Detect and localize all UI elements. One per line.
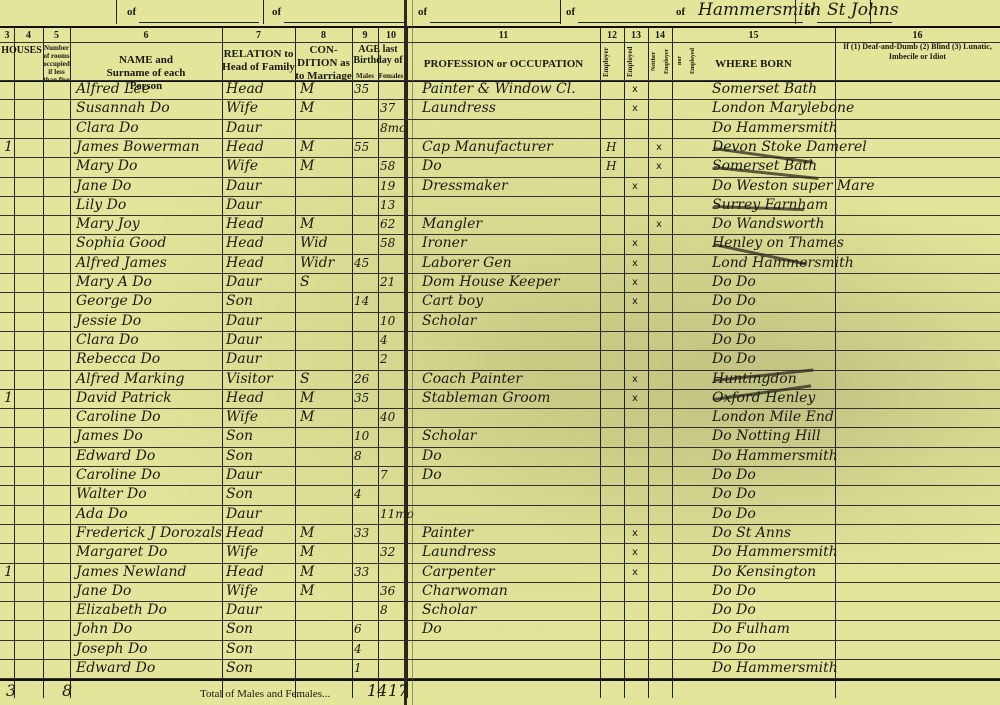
person-name: Mary A Do: [76, 273, 152, 291]
employed-mark: x: [632, 547, 638, 558]
table-row: John DoSon6DoDo Fulham: [0, 620, 1000, 639]
occupation: Do: [422, 447, 442, 465]
person-name: Ada Do: [76, 505, 128, 523]
top-divider: [560, 0, 561, 24]
column-number: 16: [835, 30, 1000, 41]
person-name: John Do: [76, 620, 132, 638]
relation: Son: [226, 640, 253, 658]
employed-mark: x: [632, 393, 638, 404]
relation: Son: [226, 620, 253, 638]
occupation: Mangler: [422, 215, 482, 233]
relation: Head: [226, 524, 264, 542]
table-row: Rebecca DoDaur2Do Do: [0, 350, 1000, 369]
females-total: 17: [388, 682, 408, 700]
relation: Son: [226, 447, 253, 465]
table-row: Caroline DoDaur7DoDo Do: [0, 466, 1000, 485]
condition: S: [300, 273, 310, 291]
of-label: of: [418, 6, 427, 18]
relation: Head: [226, 80, 264, 98]
relation: Visitor: [226, 370, 273, 388]
person-name: Susannah Do: [76, 99, 170, 117]
age-header: AGE last Birthday of: [352, 44, 404, 66]
houses-header: HOUSES: [0, 44, 43, 57]
occupation: Ironer: [422, 234, 467, 252]
birthplace: Do Do: [712, 350, 756, 368]
male-age: 26: [354, 370, 369, 388]
relation: Wife: [226, 408, 258, 426]
birthplace: Do Do: [712, 640, 756, 658]
birthplace: Do Wandsworth: [712, 215, 825, 233]
column-number: 4: [14, 30, 43, 41]
birthplace: Do Do: [712, 466, 756, 484]
person-name: Edward Do: [76, 447, 155, 465]
of-value: St Johns: [827, 0, 899, 20]
column-number: 12: [600, 30, 624, 41]
top-divider: [116, 0, 117, 24]
person-name: James Newland: [76, 563, 186, 581]
female-age: 21: [380, 273, 395, 291]
employed-mark: x: [632, 103, 638, 114]
males-header: Males: [352, 72, 378, 80]
male-age: 35: [354, 389, 369, 407]
neither-mark: x: [656, 161, 662, 172]
female-age: 58: [380, 234, 395, 252]
table-row: Alfred MarkingVisitorS26Coach PainterxHu…: [0, 370, 1000, 389]
table-row: Elizabeth DoDaur8ScholarDo Do: [0, 601, 1000, 620]
total-label: Total of Males and Females...: [200, 688, 330, 700]
person-name: Lily Do: [76, 196, 126, 214]
relation: Daur: [226, 601, 261, 619]
male-age: 35: [354, 80, 369, 98]
header-top-rule: [0, 26, 1000, 28]
neither-mark: x: [656, 142, 662, 153]
occupation: Laundress: [422, 99, 496, 117]
neither-header: Neither Employer nor Employed: [648, 44, 672, 78]
male-age: 6: [354, 620, 362, 638]
table-row: Ada DoDaur11moDo Do: [0, 505, 1000, 524]
condition: M: [300, 99, 314, 117]
relation: Wife: [226, 157, 258, 175]
birthplace: Somerset Bath: [712, 80, 817, 98]
birthplace: Do Do: [712, 582, 756, 600]
person-name: Alfred James: [76, 254, 167, 272]
rooms-header: Number of rooms occupied if less than fi…: [43, 44, 70, 84]
inhabited-mark: 1: [4, 563, 13, 581]
male-age: 33: [354, 524, 369, 542]
employed-mark: x: [632, 374, 638, 385]
of-line: [430, 22, 560, 23]
birthplace: Do Weston super Mare: [712, 177, 875, 195]
female-age: 32: [380, 543, 395, 561]
table-row: 1James NewlandHeadM33CarpenterxDo Kensin…: [0, 563, 1000, 582]
employed-mark: x: [632, 84, 638, 95]
table-row: Frederick J DorozalsHeadM33PainterxDo St…: [0, 524, 1000, 543]
relation: Daur: [226, 350, 261, 368]
person-name: Clara Do: [76, 331, 139, 349]
of-label: of: [127, 6, 136, 18]
birthplace: Huntingdon: [712, 370, 797, 388]
person-name: Alfred Marking: [76, 370, 184, 388]
person-name: Elizabeth Do: [76, 601, 167, 619]
birthplace: Oxford Henley: [712, 389, 815, 407]
table-row: Margaret DoWifeM32LaundressxDo Hammersmi…: [0, 543, 1000, 562]
table-row: James DoSon10ScholarDo Notting Hill: [0, 427, 1000, 446]
condition: Widr: [300, 254, 334, 272]
census-page: ofofofofofHammersmithofSt Johns 34567891…: [0, 0, 1000, 705]
employer-mark: H: [606, 138, 616, 156]
top-divider: [870, 0, 871, 24]
occupation: Painter: [422, 524, 473, 542]
condition: M: [300, 563, 314, 581]
relation-header: RELATION to Head of Family: [222, 48, 295, 74]
of-line: [284, 22, 404, 23]
of-label: of: [566, 6, 575, 18]
relation: Head: [226, 389, 264, 407]
of-label: of: [805, 6, 814, 18]
of-line: [688, 22, 803, 23]
occupation: Carpenter: [422, 563, 495, 581]
occupation: Cap Manufacturer: [422, 138, 553, 156]
column-number: 11: [407, 30, 600, 41]
column-number: 9: [352, 30, 378, 41]
birthplace: Henley on Thames: [712, 234, 844, 252]
occupation-header: PROFESSION or OCCUPATION: [407, 58, 600, 71]
table-row: Edward DoSon1Do Hammersmith: [0, 659, 1000, 678]
occupation: Scholar: [422, 312, 476, 330]
employed-mark: x: [632, 258, 638, 269]
employed-header: Employed: [624, 46, 648, 78]
of-value: Hammersmith: [698, 0, 821, 20]
relation: Head: [226, 234, 264, 252]
column-number: 7: [222, 30, 295, 41]
birthplace: Do Do: [712, 505, 756, 523]
relation: Wife: [226, 99, 258, 117]
of-line: [139, 22, 259, 23]
occupation: Laundress: [422, 543, 496, 561]
condition: Wid: [300, 234, 328, 252]
female-age: 36: [380, 582, 395, 600]
column-number: 13: [624, 30, 648, 41]
table-row: Walter DoSon4Do Do: [0, 485, 1000, 504]
employer-header: Employer: [600, 46, 624, 78]
relation: Daur: [226, 177, 261, 195]
table-row: 1David PatrickHeadM35Stableman GroomxOxf…: [0, 389, 1000, 408]
birthplace: Do Hammersmith: [712, 119, 838, 137]
person-name: Caroline Do: [76, 466, 161, 484]
occupation: Scholar: [422, 601, 476, 619]
of-label: of: [272, 6, 281, 18]
rooms-total: 8: [62, 682, 72, 700]
condition: M: [300, 582, 314, 600]
top-divider: [795, 0, 796, 24]
males-total: 14: [367, 682, 387, 700]
condition: M: [300, 138, 314, 156]
person-name: James Do: [76, 427, 143, 445]
male-age: 4: [354, 485, 362, 503]
occupation: Cart boy: [422, 292, 483, 310]
person-name: George Do: [76, 292, 152, 310]
birthplace: Do Hammersmith: [712, 659, 838, 677]
occupation: Coach Painter: [422, 370, 522, 388]
condition: M: [300, 389, 314, 407]
employed-mark: x: [632, 296, 638, 307]
column-number: 10: [378, 30, 404, 41]
relation: Daur: [226, 466, 261, 484]
table-row: Jessie DoDaur10ScholarDo Do: [0, 312, 1000, 331]
female-age: 8mo: [380, 119, 406, 137]
relation: Wife: [226, 543, 258, 561]
table-row: Jane DoWifeM36CharwomanDo Do: [0, 582, 1000, 601]
male-age: 8: [354, 447, 362, 465]
occupation: Do: [422, 620, 442, 638]
person-name: Joseph Do: [76, 640, 148, 658]
employed-mark: x: [632, 181, 638, 192]
female-age: 13: [380, 196, 395, 214]
column-number: 8: [295, 30, 352, 41]
table-row: Clara DoDaur4Do Do: [0, 331, 1000, 350]
person-name: Jessie Do: [76, 312, 141, 330]
occupation: Dressmaker: [422, 177, 508, 195]
female-age: 10: [380, 312, 395, 330]
relation: Head: [226, 138, 264, 156]
employer-mark: H: [606, 157, 616, 175]
occupation: Charwoman: [422, 582, 508, 600]
condition: M: [300, 157, 314, 175]
column-number: 14: [648, 30, 672, 41]
employed-mark: x: [632, 528, 638, 539]
birthplace: Do Hammersmith: [712, 447, 838, 465]
condition: M: [300, 215, 314, 233]
relation: Daur: [226, 273, 261, 291]
table-row: Jane DoDaur19DressmakerxDo Weston super …: [0, 177, 1000, 196]
female-age: 2: [380, 350, 388, 368]
birthplace: Do Do: [712, 485, 756, 503]
person-name: Jane Do: [76, 177, 131, 195]
occupation: Laborer Gen: [422, 254, 512, 272]
person-name: Mary Joy: [76, 215, 140, 233]
table-row: 1James BowermanHeadM55Cap ManufacturerHx…: [0, 138, 1000, 157]
relation: Son: [226, 659, 253, 677]
person-name: Sophia Good: [76, 234, 166, 252]
employed-mark: x: [632, 567, 638, 578]
person-name: David Patrick: [76, 389, 172, 407]
person-name: Clara Do: [76, 119, 139, 137]
birthplace: Do St Anns: [712, 524, 791, 542]
table-row: Mary DoWifeM58DoHxSomerset Bath: [0, 157, 1000, 176]
occupation: Do: [422, 466, 442, 484]
table-row: Clara DoDaur8moDo Hammersmith: [0, 119, 1000, 138]
birthplace: Do Do: [712, 292, 756, 310]
male-age: 10: [354, 427, 369, 445]
birthplace: Somerset Bath: [712, 157, 817, 175]
condition: S: [300, 370, 310, 388]
table-row: Sophia GoodHeadWid58IronerxHenley on Tha…: [0, 234, 1000, 253]
relation: Daur: [226, 331, 261, 349]
birthplace: London Mile End: [712, 408, 834, 426]
person-name: Mary Do: [76, 157, 137, 175]
person-name: Alfred Lee: [76, 80, 150, 98]
table-row: Caroline DoWifeM40London Mile End: [0, 408, 1000, 427]
column-number: 15: [672, 30, 835, 41]
relation: Wife: [226, 582, 258, 600]
person-name: Edward Do: [76, 659, 155, 677]
birthplace: Surrey Farnham: [712, 196, 828, 214]
male-age: 33: [354, 563, 369, 581]
relation: Son: [226, 427, 253, 445]
occupation: Do: [422, 157, 442, 175]
top-divider: [263, 0, 264, 24]
of-line: [817, 22, 892, 23]
table-row: Lily DoDaur13Surrey Farnham: [0, 196, 1000, 215]
birthplace: London Marylebone: [712, 99, 854, 117]
birthplace: Do Kensington: [712, 563, 816, 581]
birthplace: Lond Hammersmith: [712, 254, 854, 272]
person-name: Margaret Do: [76, 543, 167, 561]
person-name: Walter Do: [76, 485, 147, 503]
female-age: 40: [380, 408, 395, 426]
table-row: Joseph DoSon4Do Do: [0, 640, 1000, 659]
male-age: 1: [354, 659, 362, 677]
person-name: James Bowerman: [76, 138, 199, 156]
occupation: Scholar: [422, 427, 476, 445]
column-number: 5: [43, 30, 70, 41]
occupation: Stableman Groom: [422, 389, 550, 407]
female-age: 11mo: [380, 505, 414, 523]
birthplace: Do Notting Hill: [712, 427, 821, 445]
employed-mark: x: [632, 277, 638, 288]
infirmity-header: If (1) Deaf-and-Dumb (2) Blind (3) Lunat…: [835, 42, 1000, 62]
table-row: Mary A DoDaurS21Dom House KeeperxDo Do: [0, 273, 1000, 292]
female-age: 8: [380, 601, 388, 619]
females-header: Females: [378, 72, 404, 80]
person-name: Rebecca Do: [76, 350, 160, 368]
total-rule: [0, 679, 1000, 681]
female-age: 37: [380, 99, 395, 117]
male-age: 14: [354, 292, 369, 310]
page-fold: [404, 0, 407, 705]
condition: M: [300, 80, 314, 98]
birthplace: Do Hammersmith: [712, 543, 838, 561]
inhabited-mark: 1: [4, 389, 13, 407]
condition: M: [300, 543, 314, 561]
male-age: 4: [354, 640, 362, 658]
employed-mark: x: [632, 238, 638, 249]
person-name: Jane Do: [76, 582, 131, 600]
birthplace: Do Fulham: [712, 620, 790, 638]
relation: Head: [226, 215, 264, 233]
of-label: of: [676, 6, 685, 18]
column-number: 3: [0, 30, 14, 41]
column-number: 6: [70, 30, 222, 41]
person-name: Caroline Do: [76, 408, 161, 426]
where-born-header: WHERE BORN: [672, 58, 835, 71]
houses-total: 3: [6, 682, 16, 700]
table-row: Susannah DoWifeM37LaundressxLondon Maryl…: [0, 99, 1000, 118]
table-row: Mary JoyHeadM62ManglerxDo Wandsworth: [0, 215, 1000, 234]
condition-header: CON-DITION as to Marriage: [295, 44, 352, 83]
of-line: [578, 22, 703, 23]
relation: Son: [226, 292, 253, 310]
table-row: Edward DoSon8DoDo Hammersmith: [0, 447, 1000, 466]
female-age: 7: [380, 466, 388, 484]
occupation: Dom House Keeper: [422, 273, 560, 291]
relation: Head: [226, 563, 264, 581]
birthplace: Devon Stoke Damerel: [712, 138, 867, 156]
relation: Daur: [226, 505, 261, 523]
person-name: Frederick J Dorozals: [76, 524, 222, 542]
relation: Daur: [226, 119, 261, 137]
birthplace: Do Do: [712, 331, 756, 349]
relation: Head: [226, 254, 264, 272]
female-age: 62: [380, 215, 395, 233]
table-row: George DoSon14Cart boyxDo Do: [0, 292, 1000, 311]
birthplace: Do Do: [712, 312, 756, 330]
birthplace: Do Do: [712, 273, 756, 291]
female-age: 4: [380, 331, 388, 349]
table-row: Alfred JamesHeadWidr45Laborer GenxLond H…: [0, 254, 1000, 273]
table-row: Alfred LeeHeadM35Painter & Window Cl.xSo…: [0, 80, 1000, 99]
condition: M: [300, 408, 314, 426]
inhabited-mark: 1: [4, 138, 13, 156]
neither-mark: x: [656, 219, 662, 230]
relation: Daur: [226, 312, 261, 330]
female-age: 19: [380, 177, 395, 195]
relation: Daur: [226, 196, 261, 214]
female-age: 58: [380, 157, 395, 175]
relation: Son: [226, 485, 253, 503]
occupation: Painter & Window Cl.: [422, 80, 576, 98]
page-fold-shadow: [412, 0, 413, 705]
birthplace: Do Do: [712, 601, 756, 619]
male-age: 45: [354, 254, 369, 272]
condition: M: [300, 524, 314, 542]
male-age: 55: [354, 138, 369, 156]
